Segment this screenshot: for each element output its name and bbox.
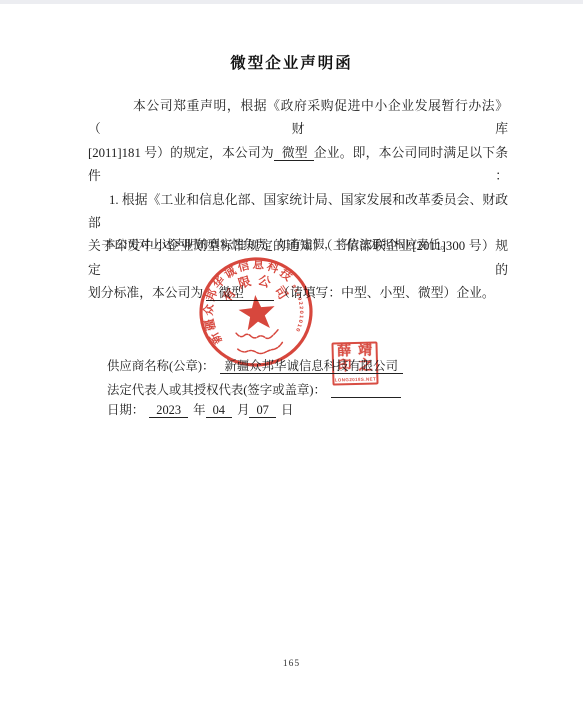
date-month-unit: 月 (237, 403, 249, 417)
date-day-unit: 日 (281, 403, 293, 417)
seal-star-icon (237, 293, 277, 331)
responsibility-statement: 本公司对上述声明的真实性负责。如有虚假，将依法承担相应责任。 (104, 236, 574, 252)
date-day-value: 07 (249, 403, 275, 418)
body-text: 本公司郑重声明，根据《政府采购促进中小企业发展暂行办法》（财库 (88, 99, 508, 136)
date-label: 日期： (107, 403, 144, 417)
body-text: [2011]181 号）的规定，本公司为 (88, 146, 274, 160)
document-title: 微型企业声明函 (0, 51, 583, 73)
body-line: 1. 根据《工业和信息化部、国家统计局、国家发展和改革委员会、财政部 (88, 189, 508, 236)
supplier-name-line: 供应商名称(公章)： 新疆众邦华诚信息科技有限公司 (107, 356, 403, 374)
supplier-name-label: 供应商名称(公章)： (107, 359, 214, 373)
date-year-unit: 年 (193, 403, 205, 417)
body-line: [2011]181 号）的规定，本公司为微型企业。即，本公司同时满足以下条件： (88, 142, 508, 189)
date-month-value: 04 (206, 403, 232, 418)
document-page: 微型企业声明函 本公司郑重声明，根据《政府采购促进中小企业发展暂行办法》（财库[… (0, 0, 583, 713)
date-line: 日期： 2023 年04 月07 日 (107, 400, 293, 418)
legal-representative-signature-blank (331, 384, 401, 398)
legal-representative-label: 法定代表人或其授权代表(签字或盖章)： (107, 383, 326, 397)
page-number: 165 (0, 659, 583, 669)
body-line: 本公司郑重声明，根据《政府采购促进中小企业发展暂行办法》（财库 (88, 95, 508, 142)
inline-blank-filled: 微型 (274, 146, 314, 161)
body-text: 1. 根据《工业和信息化部、国家统计局、国家发展和改革委员会、财政部 (88, 193, 508, 230)
legal-representative-line: 法定代表人或其授权代表(签字或盖章)： (107, 380, 401, 398)
supplier-name-value: 新疆众邦华诚信息科技有限公司 (220, 359, 403, 374)
seal-uyghur-script-inner (236, 329, 279, 342)
seal-uyghur-script-outer (238, 342, 284, 355)
body-text: 划分标准，本公司为 (88, 286, 206, 300)
date-year-value: 2023 (149, 403, 188, 418)
top-border-strip (0, 0, 583, 4)
